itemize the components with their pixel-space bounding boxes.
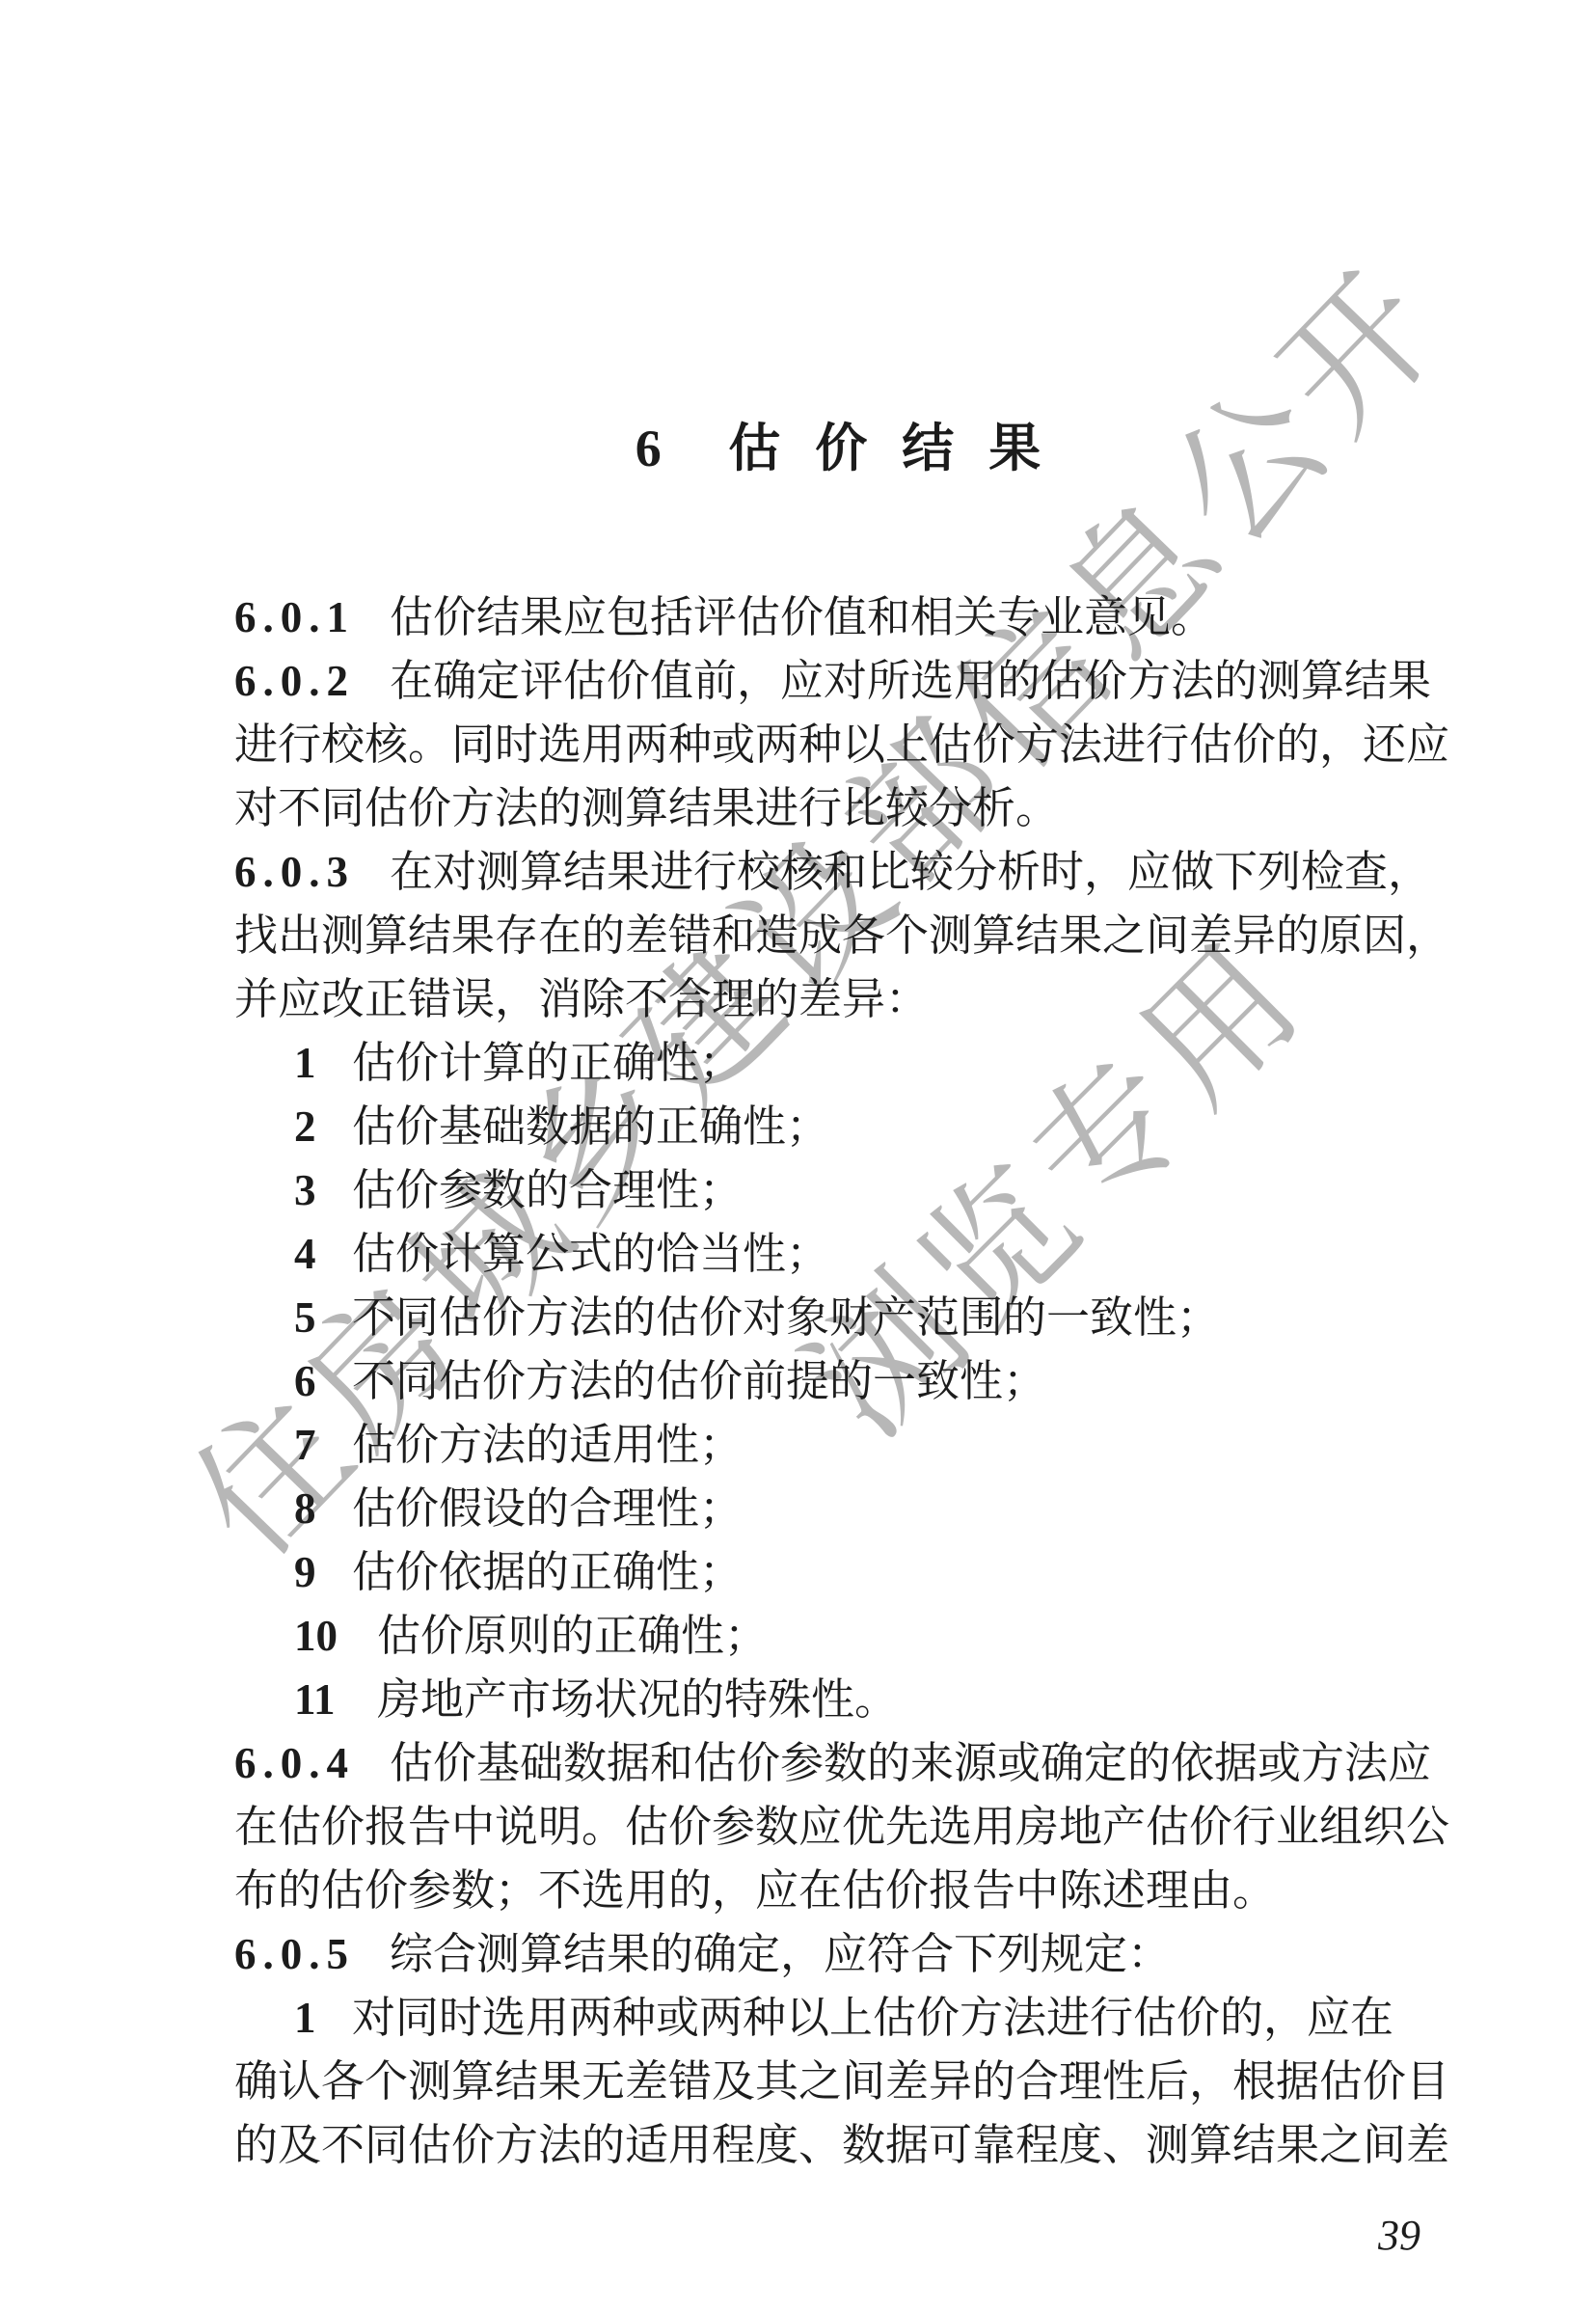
- line-text: 房地产市场状况的特殊性。: [377, 1675, 898, 1724]
- text-line: 进行校核。同时选用两种或两种以上估价方法进行估价的，还应: [234, 713, 1442, 776]
- text-line: 找出测算结果存在的差错和造成各个测算结果之间差异的原因，: [234, 904, 1442, 967]
- text-line: 5不同估价方法的估价对象财产范围的一致性；: [234, 1286, 1442, 1349]
- line-text: 估价参数的合理性；: [352, 1166, 743, 1214]
- line-text: 在对测算结果进行校核和比较分析时，应做下列检查，: [390, 848, 1431, 896]
- text-line: 确认各个测算结果无差错及其之间差异的合理性后，根据估价目: [234, 2050, 1442, 2113]
- text-line: 1对同时选用两种或两种以上估价方法进行估价的，应在: [234, 1986, 1442, 2050]
- text-line: 的及不同估价方法的适用程度、数据可靠程度、测算结果之间差: [234, 2113, 1442, 2177]
- line-text: 在估价报告中说明。估价参数应优先选用房地产估价行业组织公: [234, 1803, 1449, 1851]
- text-line: 6不同估价方法的估价前提的一致性；: [234, 1349, 1442, 1413]
- item-number: 7: [294, 1413, 352, 1477]
- chapter-number: 6: [636, 420, 662, 477]
- body-lines: 6.0.1估价结果应包括评估价值和相关专业意见。6.0.2在确定评估价值前，应对…: [234, 585, 1442, 2177]
- line-text: 估价结果应包括评估价值和相关专业意见。: [390, 593, 1214, 641]
- line-text: 的及不同估价方法的适用程度、数据可靠程度、测算结果之间差: [234, 2121, 1449, 2169]
- line-text: 不同估价方法的估价对象财产范围的一致性；: [352, 1293, 1220, 1342]
- text-line: 6.0.1估价结果应包括评估价值和相关专业意见。: [234, 585, 1442, 649]
- text-line: 6.0.5综合测算结果的确定，应符合下列规定：: [234, 1922, 1442, 1986]
- line-text: 对不同估价方法的测算结果进行比较分析。: [234, 784, 1059, 832]
- text-line: 6.0.2在确定评估价值前，应对所选用的估价方法的测算结果: [234, 649, 1442, 713]
- item-number: 9: [294, 1540, 352, 1604]
- section-number: 6.0.4: [234, 1739, 355, 1787]
- text-line: 4估价计算公式的恰当性；: [234, 1222, 1442, 1286]
- text-line: 布的估价参数；不选用的，应在估价报告中陈述理由。: [234, 1859, 1442, 1922]
- section-number: 6.0.2: [234, 657, 355, 705]
- line-text: 不同估价方法的估价前提的一致性；: [352, 1357, 1046, 1405]
- line-text: 估价基础数据的正确性；: [352, 1102, 829, 1151]
- item-number: 10: [294, 1604, 377, 1668]
- item-number: 5: [294, 1286, 352, 1349]
- text-line: 11房地产市场状况的特殊性。: [234, 1668, 1442, 1731]
- text-line: 对不同估价方法的测算结果进行比较分析。: [234, 776, 1442, 840]
- document-page: 住房城乡建设部信息公开 浏览专用 6 估价结果 6.0.1估价结果应包括评估价值…: [0, 0, 1596, 2311]
- section-number: 6.0.1: [234, 593, 355, 641]
- line-text: 估价计算的正确性；: [352, 1039, 743, 1087]
- line-text: 综合测算结果的确定，应符合下列规定：: [390, 1930, 1171, 1978]
- chapter-title-text: 估价结果: [728, 420, 1075, 477]
- text-line: 3估价参数的合理性；: [234, 1158, 1442, 1222]
- text-line: 6.0.4估价基础数据和估价参数的来源或确定的依据或方法应: [234, 1731, 1442, 1795]
- line-text: 估价基础数据和估价参数的来源或确定的依据或方法应: [390, 1739, 1431, 1787]
- text-line: 2估价基础数据的正确性；: [234, 1095, 1442, 1158]
- section-number: 6.0.5: [234, 1930, 355, 1978]
- item-number: 8: [294, 1477, 352, 1540]
- section-number: 6.0.3: [234, 848, 355, 896]
- line-text: 估价原则的正确性；: [377, 1612, 768, 1660]
- line-text: 找出测算结果存在的差错和造成各个测算结果之间差异的原因，: [234, 911, 1449, 960]
- text-line: 10估价原则的正确性；: [234, 1604, 1442, 1668]
- line-text: 布的估价参数；不选用的，应在估价报告中陈述理由。: [234, 1866, 1276, 1915]
- line-text: 确认各个测算结果无差错及其之间差异的合理性后，根据估价目: [234, 2057, 1449, 2106]
- text-line: 9估价依据的正确性；: [234, 1540, 1442, 1604]
- text-line: 1估价计算的正确性；: [234, 1031, 1442, 1095]
- line-text: 估价依据的正确性；: [352, 1548, 743, 1596]
- text-line: 6.0.3在对测算结果进行校核和比较分析时，应做下列检查，: [234, 840, 1442, 904]
- item-number: 1: [294, 1986, 352, 2050]
- line-text: 估价计算公式的恰当性；: [352, 1230, 829, 1278]
- text-column: 6 估价结果 6.0.1估价结果应包括评估价值和相关专业意见。6.0.2在确定评…: [234, 422, 1442, 2177]
- line-text: 在确定评估价值前，应对所选用的估价方法的测算结果: [390, 657, 1431, 705]
- chapter-title: 6 估价结果: [234, 422, 1442, 475]
- line-text: 估价假设的合理性；: [352, 1484, 743, 1533]
- text-line: 在估价报告中说明。估价参数应优先选用房地产估价行业组织公: [234, 1795, 1442, 1859]
- item-number: 1: [294, 1031, 352, 1095]
- line-text: 估价方法的适用性；: [352, 1421, 743, 1469]
- line-text: 进行校核。同时选用两种或两种以上估价方法进行估价的，还应: [234, 720, 1449, 769]
- item-number: 11: [294, 1668, 377, 1731]
- line-text: 对同时选用两种或两种以上估价方法进行估价的，应在: [352, 1994, 1393, 2042]
- item-number: 3: [294, 1158, 352, 1222]
- text-line: 7估价方法的适用性；: [234, 1413, 1442, 1477]
- item-number: 4: [294, 1222, 352, 1286]
- text-line: 并应改正错误，消除不合理的差异：: [234, 967, 1442, 1031]
- line-text: 并应改正错误，消除不合理的差异：: [234, 975, 929, 1023]
- page-number: 39: [1378, 2211, 1420, 2260]
- text-line: 8估价假设的合理性；: [234, 1477, 1442, 1540]
- item-number: 2: [294, 1095, 352, 1158]
- item-number: 6: [294, 1349, 352, 1413]
